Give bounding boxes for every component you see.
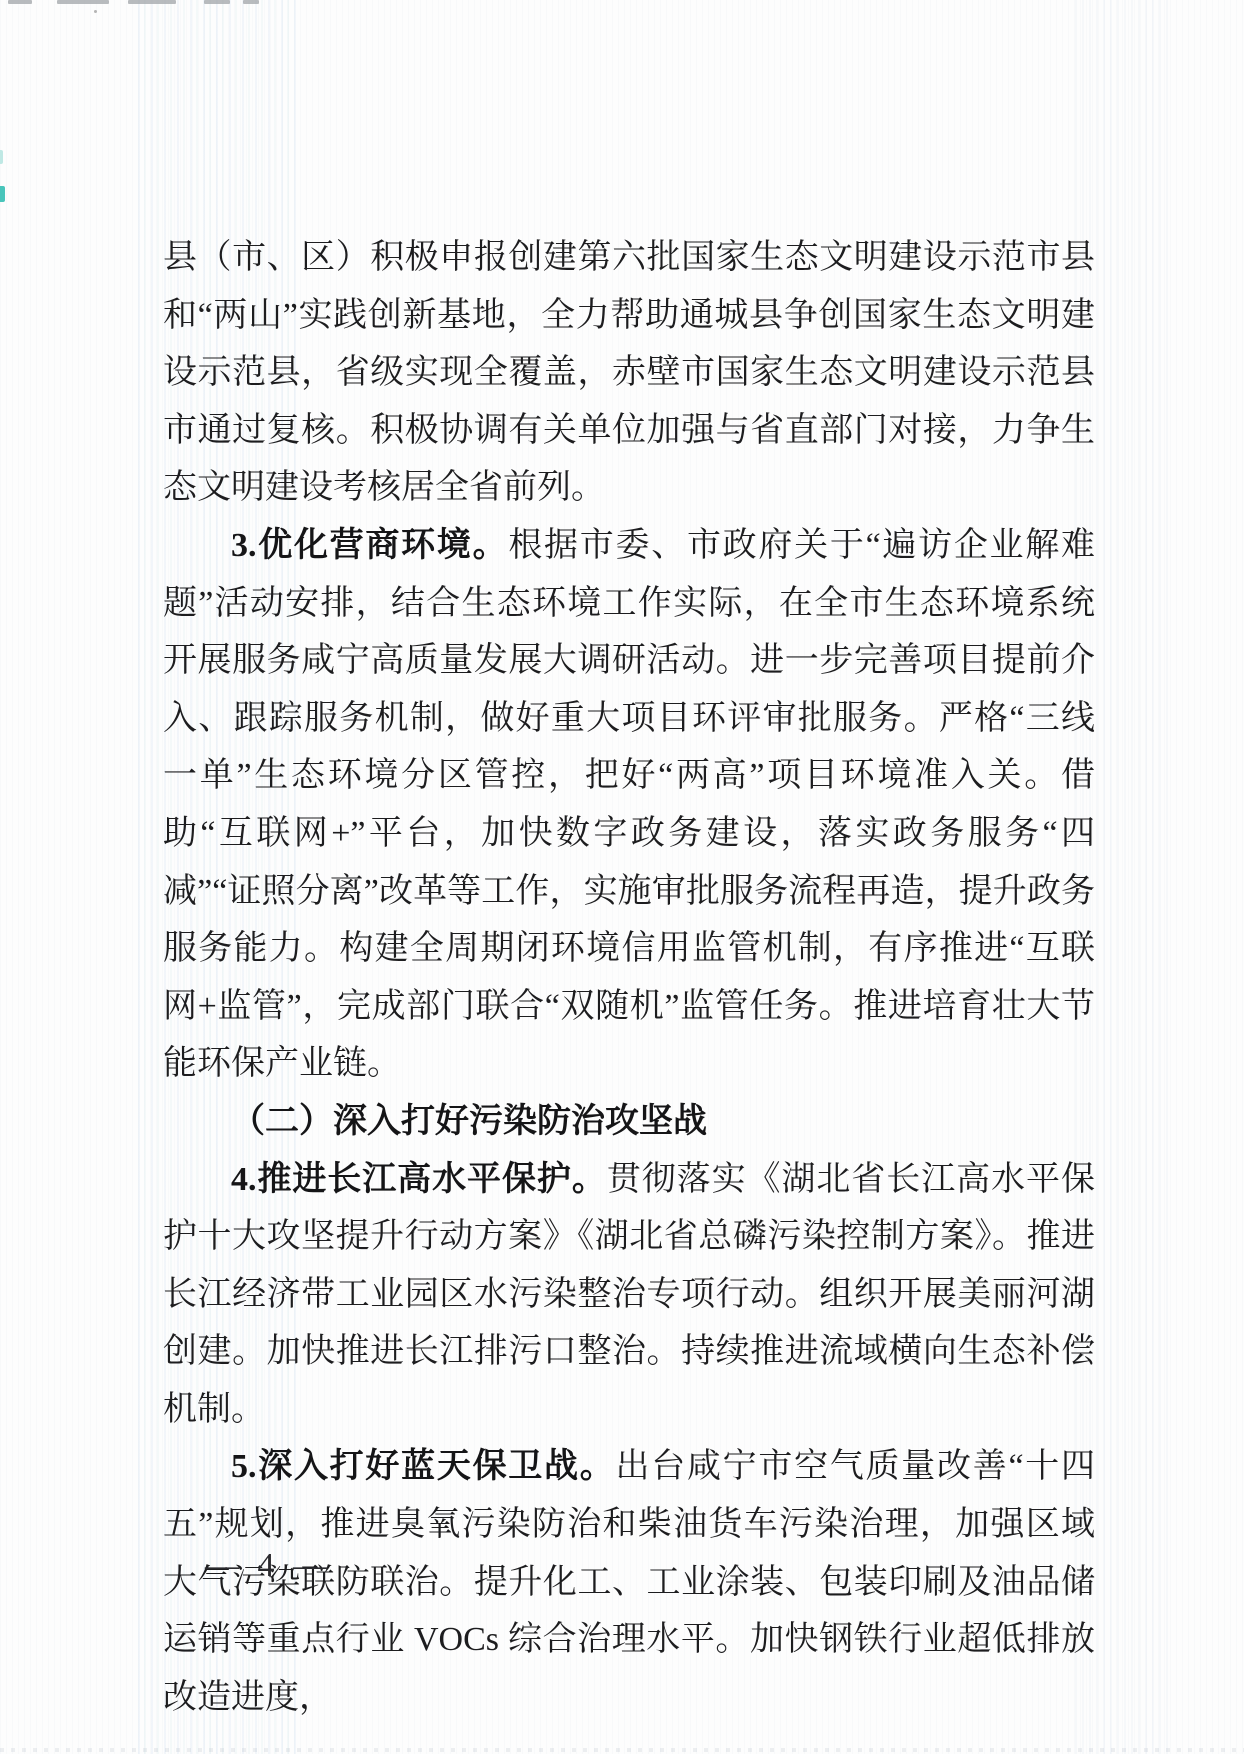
paragraph-text: 根据市委、市政府关于“遍访企业解难题”活动安排，结合生态环境工作实际，在全市生态… [163,527,1095,1082]
scan-artifact-dash [8,0,32,4]
document-body: 县（市、区）积极申报创建第六批国家生态文明建设示范市县和“两山”实践创新基地，全… [163,229,1095,1726]
section-heading: （二）深入打好污染防治攻坚战 [163,1093,1095,1151]
page-number: — 4 — [205,1547,332,1585]
scan-artifact-dash [243,0,259,4]
scan-artifact-bottom-edge [0,1748,1244,1752]
paragraph-item-3: 3.优化营商环境。根据市委、市政府关于“遍访企业解难题”活动安排，结合生态环境工… [163,517,1095,1093]
paragraph-lead: 3.优化营商环境。 [231,527,508,564]
document-page: 县（市、区）积极申报创建第六批国家生态文明建设示范市县和“两山”实践创新基地，全… [0,0,1244,1754]
paragraph-text: 县（市、区）积极申报创建第六批国家生态文明建设示范市县和“两山”实践创新基地，全… [163,239,1095,506]
scan-artifact-teal-mark [0,186,5,202]
scan-artifact-dot [94,10,97,13]
paragraph-continuation: 县（市、区）积极申报创建第六批国家生态文明建设示范市县和“两山”实践创新基地，全… [163,229,1095,517]
paragraph-item-4: 4.推进长江高水平保护。贯彻落实《湖北省长江高水平保护十大攻坚提升行动方案》《湖… [163,1151,1095,1439]
paragraph-lead: 5.深入打好蓝天保卫战。 [231,1448,615,1485]
section-heading-text: （二）深入打好污染防治攻坚战 [231,1103,707,1140]
paragraph-text: 贯彻落实《湖北省长江高水平保护十大攻坚提升行动方案》《湖北省总磷污染控制方案》。… [163,1161,1095,1428]
paragraph-lead: 4.推进长江高水平保护。 [231,1161,607,1198]
scan-artifact-teal-mark [0,150,3,164]
scan-artifact-dash [204,0,230,4]
scan-artifact-dash [128,0,176,4]
scan-artifact-dash [57,0,109,4]
